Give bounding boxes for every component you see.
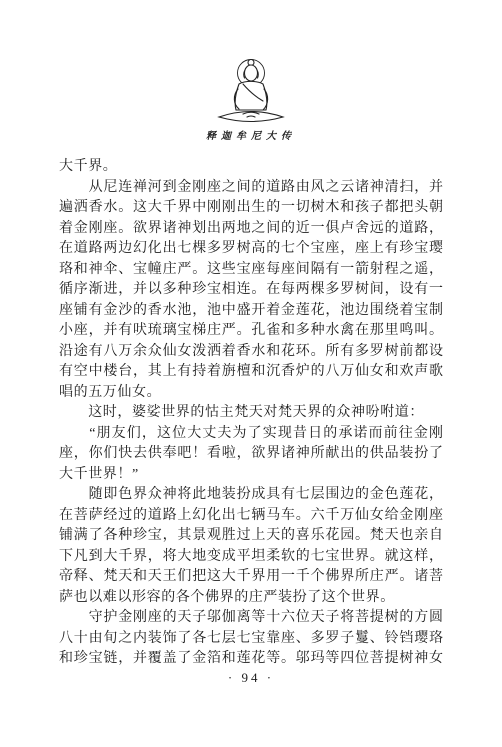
text-line: 从尼连禅河到金刚座之间的道路由风之云诸神清扫，并 <box>59 178 443 199</box>
text-line: 大千世界！” <box>59 465 443 486</box>
text-line: 座铺有金沙的香水池，池中盛开着金莲花，池边围绕着宝制 <box>59 301 443 322</box>
text-line: 座，你们快去供奉吧！看啦，欲界诸神所献出的供品装扮了 <box>59 444 443 465</box>
text-line: “朋友们，这位大丈夫为了实现昔日的承诺而前往金刚 <box>59 424 443 445</box>
seated-buddha-icon <box>203 56 299 126</box>
text-line: 帝释、梵天和天王们把这大千界用一千个佛界所庄严。诸菩 <box>59 567 443 588</box>
text-line: 这时，婆娑世界的怙主梵天对梵天界的众神吩咐道： <box>59 403 443 424</box>
text-line: 大千界。 <box>59 157 443 178</box>
text-line: 着金刚座。欲界诸神划出两地之间的近一俱卢舍远的道路， <box>59 219 443 240</box>
text-line: 遍洒香水。这大千界中刚刚出生的一切树木和孩子都把头朝 <box>59 198 443 219</box>
text-line: 守护金刚座的天子邬伽离等十六位天子将菩提树的方圆 <box>59 608 443 629</box>
text-line: 随即色界众神将此地装扮成具有七层围边的金色莲花， <box>59 485 443 506</box>
text-line: 八十由旬之内装饰了各七层七宝靠座、多罗子鬘、铃铛璎珞 <box>59 629 443 650</box>
book-page: 释迦牟尼大传 大千界。 从尼连禅河到金刚座之间的道路由风之云诸神清扫，并遍洒香水… <box>0 0 502 747</box>
text-line: 在道路两边幻化出七棵多罗树高的七个宝座，座上有珍宝璎 <box>59 239 443 260</box>
buddha-illustration <box>0 56 502 126</box>
text-line: 唱的五万仙女。 <box>59 383 443 404</box>
text-line: 有空中楼台，其上有持着旃檀和沉香炉的八万仙女和欢声歌 <box>59 362 443 383</box>
text-line: 萨也以难以形容的各个佛界的庄严装扮了这个世界。 <box>59 588 443 609</box>
text-line: 下凡到大千界，将大地变成平坦柔软的七宝世界。就这样， <box>59 547 443 568</box>
book-title-caption: 释迦牟尼大传 <box>0 127 502 142</box>
text-line: 沿途有八万余众仙女泼洒着香水和花环。所有多罗树前都设 <box>59 342 443 363</box>
text-line: 小座，并有吠琉璃宝梯庄严。孔雀和多种水禽在那里鸣叫。 <box>59 321 443 342</box>
text-line: 在菩萨经过的道路上幻化出七辆马车。六千万仙女给金刚座 <box>59 506 443 527</box>
page-number: · 94 · <box>0 670 502 686</box>
text-line: 铺满了各种珍宝，其景观胜过上天的喜乐花园。梵天也亲自 <box>59 526 443 547</box>
text-line: 循序渐进，并以多种珍宝相连。在每两棵多罗树间，设有一 <box>59 280 443 301</box>
body-text: 大千界。 从尼连禅河到金刚座之间的道路由风之云诸神清扫，并遍洒香水。这大千界中刚… <box>59 157 443 670</box>
text-line: 和珍宝链，并覆盖了金箔和莲花等。邬玛等四位菩提树神女 <box>59 649 443 670</box>
text-line: 珞和神伞、宝幢庄严。这些宝座每座间隔有一箭射程之遥， <box>59 260 443 281</box>
